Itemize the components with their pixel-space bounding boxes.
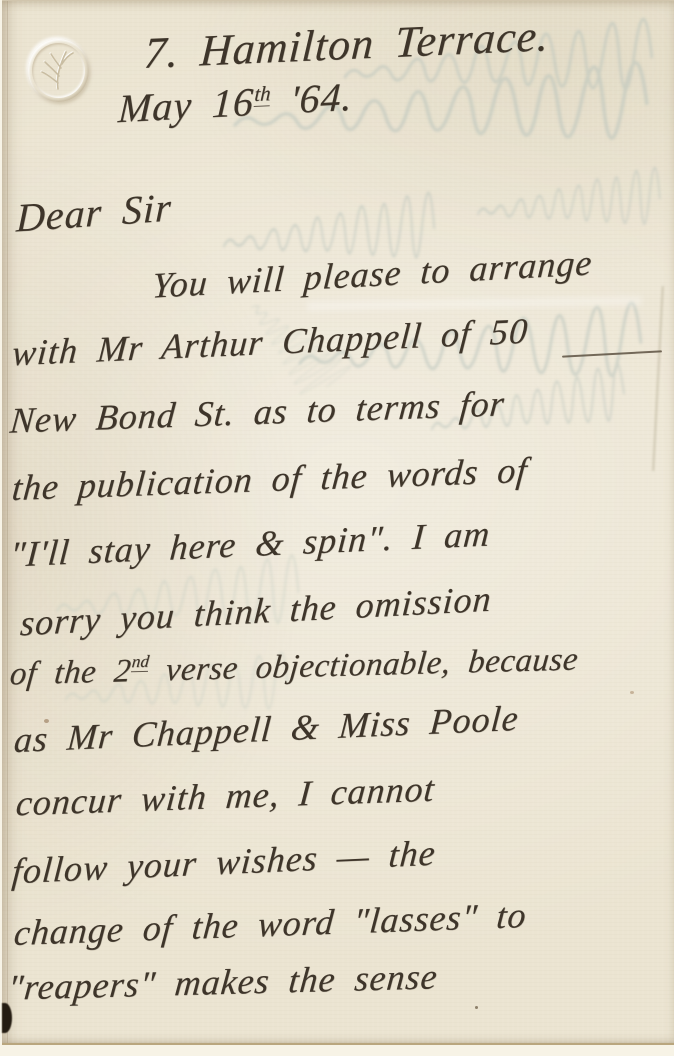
body-line-12: "reapers" makes the sense (6, 955, 440, 1008)
foxing-spot (475, 1006, 478, 1009)
body-line-1: You will please to arrange (151, 241, 594, 306)
embossed-seal (28, 39, 89, 102)
body-line-3: New Bond St. as to terms for (8, 382, 506, 441)
address-line: 7. Hamilton Terrace. (143, 10, 551, 79)
foxing-spot (44, 719, 49, 723)
body-line-10: follow your wishes — the (11, 832, 438, 893)
foxing-spot (630, 691, 634, 694)
date-prefix: May 16 (117, 79, 255, 131)
left-fold-line (7, 1, 8, 1043)
plant-sprig-icon (28, 39, 89, 102)
scanned-letter: 7. Hamilton Terrace. May 16th '64. Dear … (0, 0, 674, 1056)
body-line-11: change of the word "lasses" to (12, 894, 528, 954)
right-crease-line (652, 286, 664, 471)
body-line-2: with Mr Arthur Chappell of 50 (11, 310, 530, 375)
salutation: Dear Sir (15, 183, 172, 241)
body-line-7-suffix: verse objectionable, because (146, 642, 579, 689)
body-line-7-prefix: of the 2 (8, 653, 132, 692)
body-line-9: concur with me, I cannot (14, 768, 436, 825)
body-line-7: of the 2nd verse objectionable, because (8, 641, 580, 694)
pen-flourish (562, 350, 662, 357)
date-suffix: '64. (269, 74, 354, 124)
body-line-4: the publication of the words of (10, 449, 529, 509)
paper-press-mark (307, 296, 642, 311)
body-line-8: as Mr Chappell & Miss Poole (13, 697, 521, 761)
date-ordinal-superscript: th (254, 82, 271, 107)
date-line: May 16th '64. (117, 73, 354, 132)
body-line-5: "I'll stay here & spin". I am (9, 512, 492, 575)
letter-paper: 7. Hamilton Terrace. May 16th '64. Dear … (2, 0, 674, 1045)
body-line-6: sorry you think the omission (19, 578, 493, 645)
